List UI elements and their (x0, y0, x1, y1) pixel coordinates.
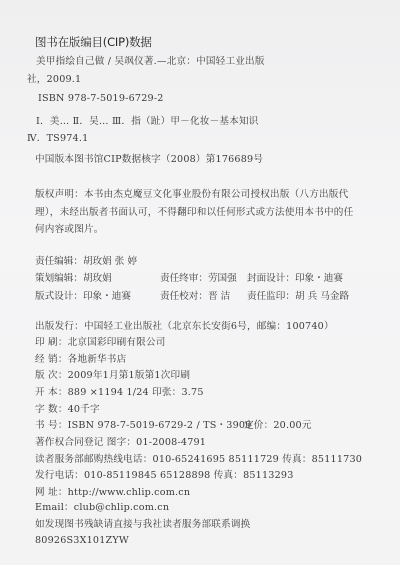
email-line[interactable]: Email：club@chlip.com.cn (35, 502, 169, 514)
price-line: 定价：20.00元 (244, 420, 312, 432)
credit-cover-design: 封面设计：印象・迪赛 (247, 273, 343, 285)
cip-record-number: 中国版本图书馆CIP数据核字（2008）第176689号 (35, 154, 263, 166)
credit-print-supervisor: 责任监印：胡 兵 马金路 (247, 291, 349, 303)
publisher-line: 出版发行：中国轻工业出版社（北京东长安街6号，邮编：100740） (35, 321, 334, 333)
cip-isbn: ISBN 978-7-5019-6729-2 (38, 93, 164, 105)
cip-subjects-line2: Ⅳ．TS974.1 (27, 133, 88, 145)
cip-subjects-line1: Ⅰ．美… Ⅱ．吴… Ⅲ．指（趾）甲－化妆－基本知识 (36, 116, 259, 128)
credit-planning-editor: 策划编辑：胡玫娟 (35, 273, 112, 285)
copyright-page: 图书在版编目(CIP)数据 美甲指绘自己做 / 吴飒仪著.—北京：中国轻工业出版… (0, 0, 400, 565)
defect-notice-line: 如发现图书残缺请直接与我社读者服务部联系调换 (35, 519, 250, 531)
word-count-line: 字 数：40千字 (35, 404, 100, 416)
book-number-line: 书 号：ISBN 978-7-5019-6729-2 / TS・3909 (35, 420, 252, 432)
cip-entry-line2: 社，2009.1 (27, 74, 81, 86)
printer-line: 印 刷：北京国彩印刷有限公司 (35, 337, 166, 349)
cip-heading: 图书在版编目(CIP)数据 (35, 36, 152, 48)
credit-proofreader: 责任校对：晋 洁 (160, 291, 230, 303)
copyright-registration-line: 著作权合同登记 图字：01-2008-4791 (35, 437, 206, 449)
copyright-notice-line2: 理），未经出版者书面认可，不得翻印和以任何形式或方法使用本书中的任 (35, 207, 353, 219)
edition-line: 版 次：2009年1月第1版第1次印刷 (35, 370, 190, 382)
credit-layout-design: 版式设计：印象・迪赛 (35, 291, 131, 303)
copyright-notice-line3: 何内容或图片。 (35, 224, 104, 236)
format-line: 开 本：889 ×1194 1/24 印张：3.75 (35, 387, 204, 399)
distributor-line: 经 销：各地新华书店 (35, 354, 126, 366)
website-line[interactable]: 网 址：http://www.chlip.com.cn (35, 487, 190, 499)
credit-editor: 责任编辑：胡玫娟 张 婷 (35, 256, 137, 268)
cip-entry-line1: 美甲指绘自己做 / 吴飒仪著.—北京：中国轻工业出版 (36, 56, 265, 68)
credit-final-review: 责任终审：劳国强 (160, 273, 237, 285)
book-code-line: 80926S3X101ZYW (35, 535, 129, 547)
reader-service-line: 读者服务部邮购热线电话：010-65241695 85111729 传真：851… (35, 454, 362, 466)
copyright-notice-line1: 版权声明：本书由杰克魔豆文化事业股份有限公司授权出版（八方出版代 (35, 189, 348, 201)
sales-phone-line: 发行电话：010-85119845 65128898 传真：85113293 (35, 470, 294, 482)
